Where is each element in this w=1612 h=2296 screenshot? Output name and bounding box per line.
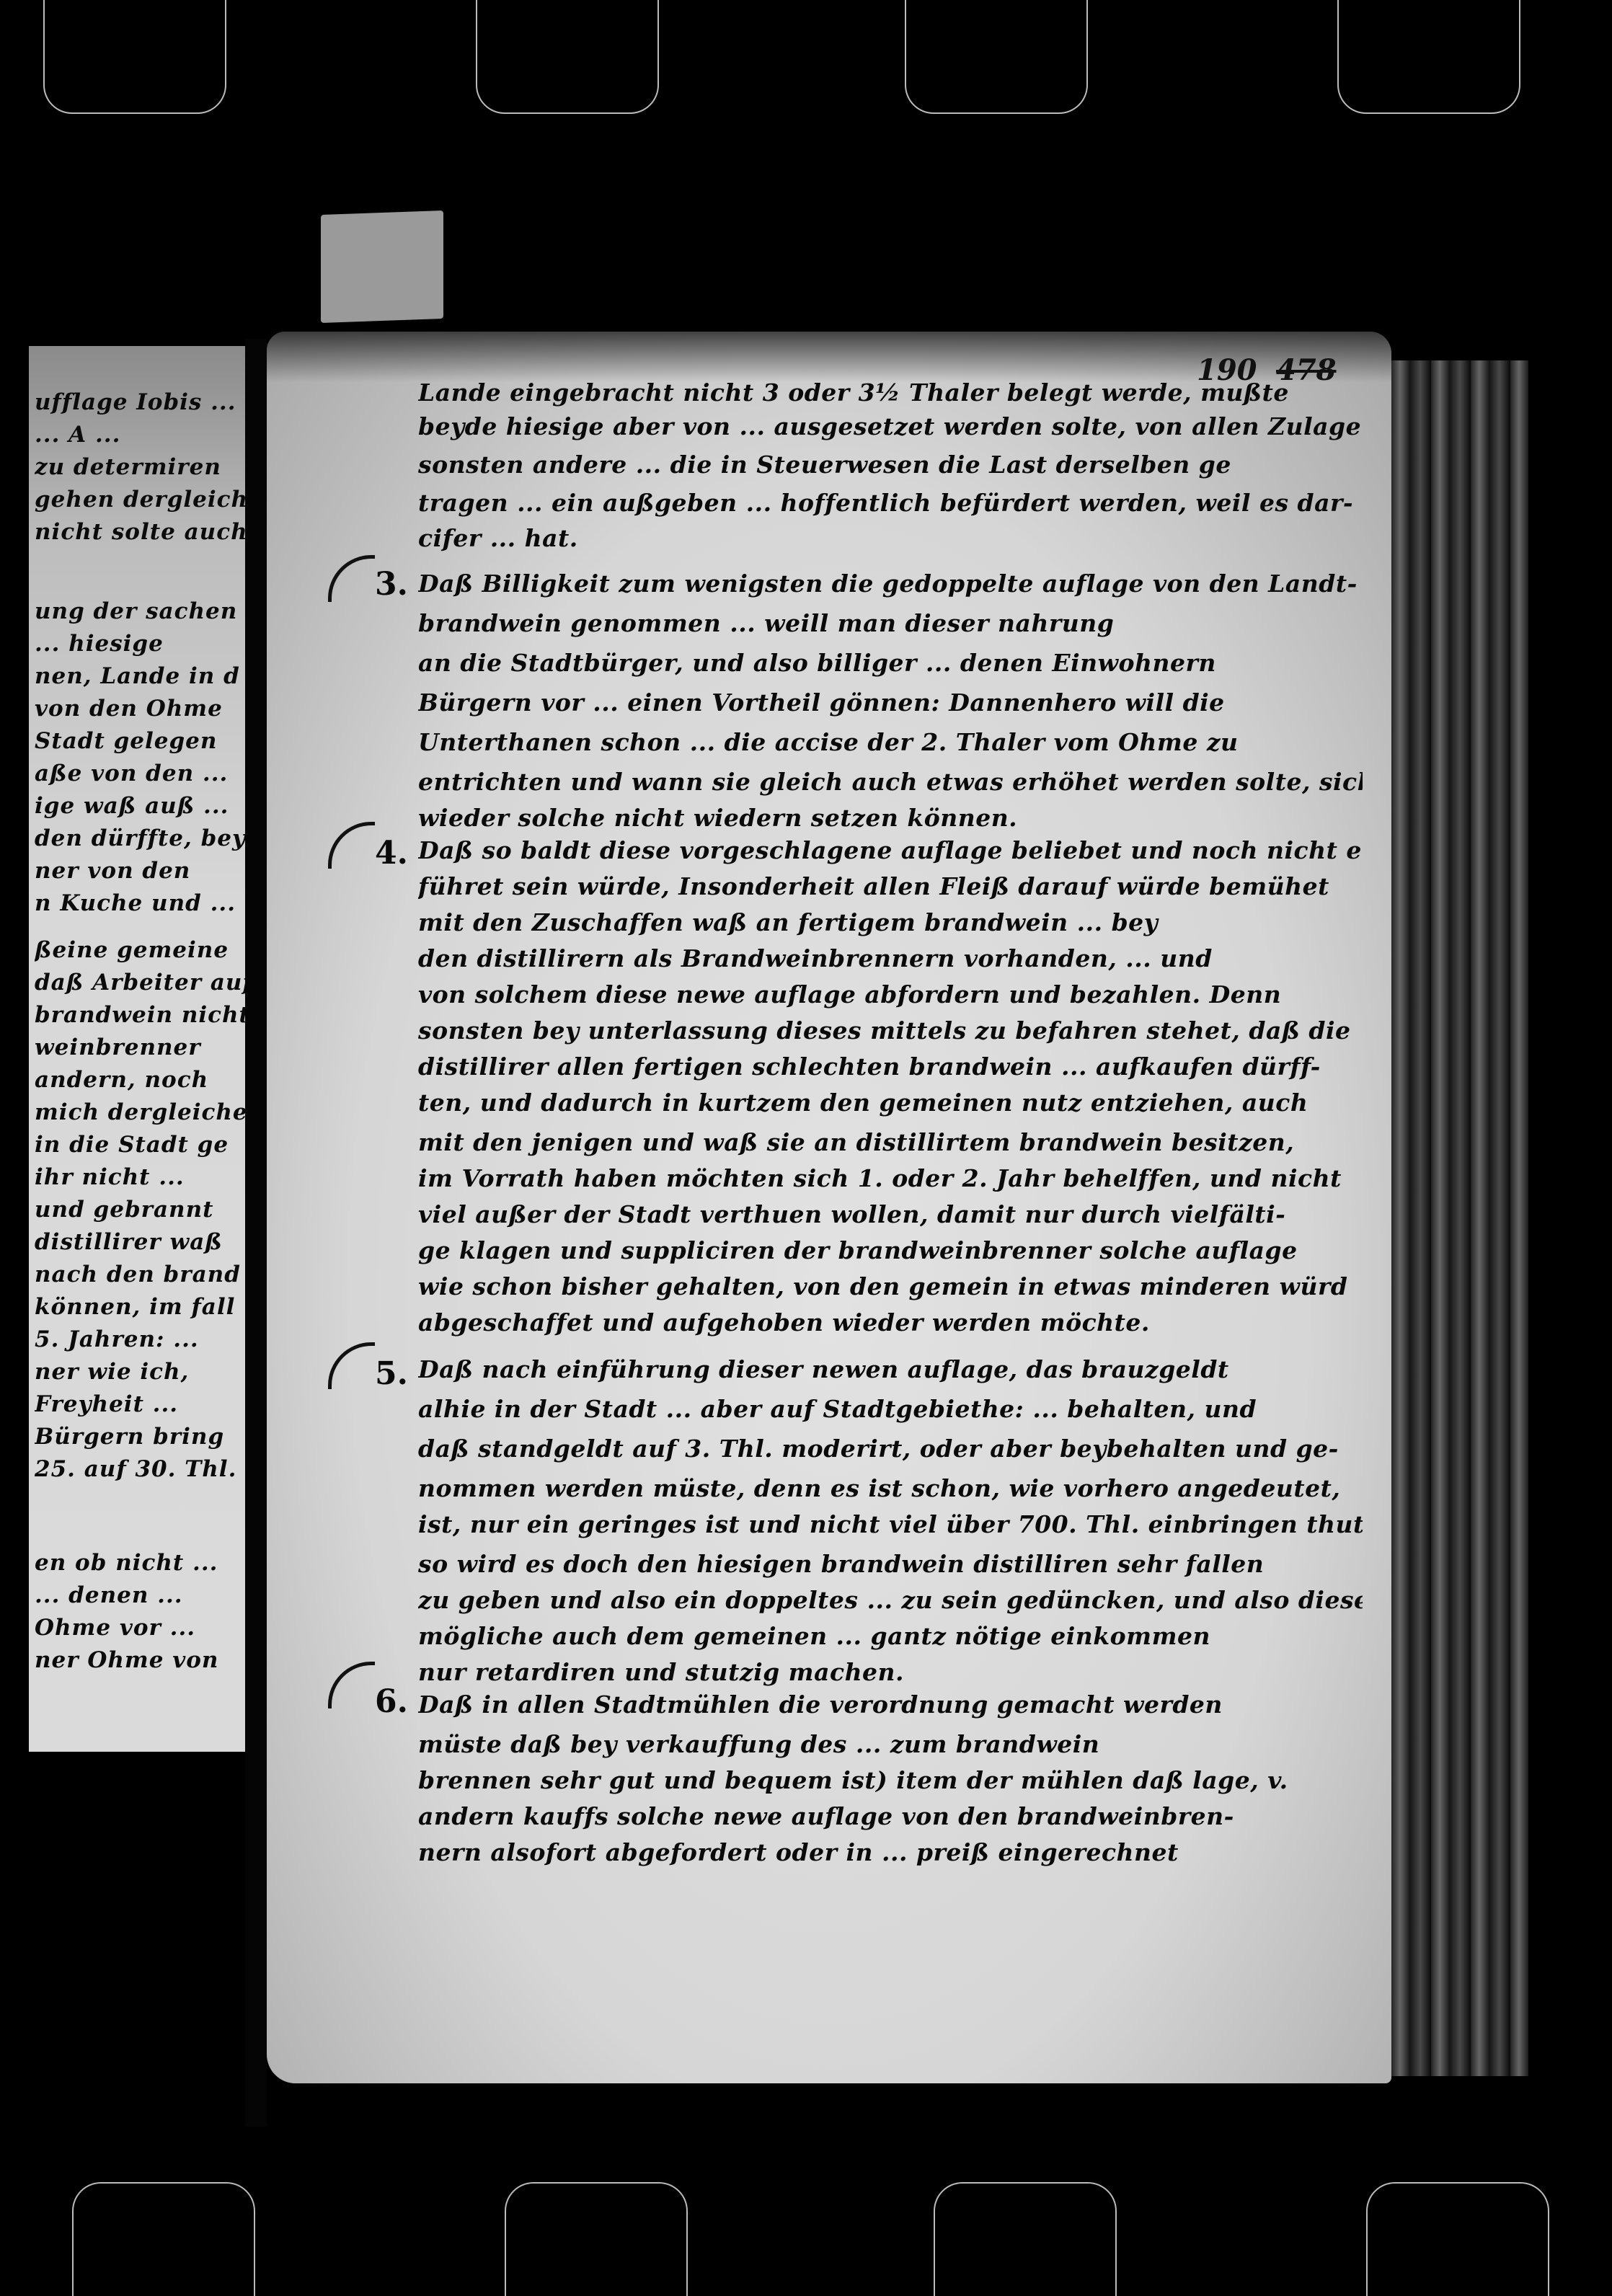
text-line: wie schon bisher gehalten, von den gemei… bbox=[418, 1272, 1363, 1301]
text-line: von solchem diese newe auflage abfordern… bbox=[418, 980, 1363, 1009]
left-page-text-fragment: nach den brand bbox=[35, 1262, 245, 1287]
left-page-text-fragment: Ohme vor ... bbox=[35, 1615, 245, 1641]
text-line: nur retardiren und stutzig machen. bbox=[418, 1658, 1363, 1687]
left-page-text-fragment: von den Ohme bbox=[35, 696, 245, 722]
text-line: an die Stadtbürger, und also billiger ..… bbox=[418, 649, 1363, 678]
text-line: wieder solche nicht wiedern setzen könne… bbox=[418, 804, 1363, 833]
text-line: tragen ... ein außgeben ... hoffentlich … bbox=[418, 489, 1363, 518]
text-line: beyde hiesige aber von ... ausgesetzet w… bbox=[418, 412, 1363, 441]
film-sprocket-hole bbox=[1366, 2182, 1549, 2296]
left-page-text-fragment: nen, Lande in d bbox=[35, 663, 245, 689]
text-line: ten, und dadurch in kurtzem den gemeinen… bbox=[418, 1089, 1363, 1117]
text-line: Daß Billigkeit zum wenigsten die gedoppe… bbox=[418, 569, 1363, 598]
text-line: Daß in allen Stadtmühlen die verordnung … bbox=[418, 1690, 1363, 1719]
left-page-text-fragment: aße von den ... bbox=[35, 761, 245, 786]
text-line: nommen werden müste, denn es ist schon, … bbox=[418, 1474, 1363, 1503]
text-line: brennen sehr gut und bequem ist) item de… bbox=[418, 1766, 1363, 1795]
page-stack-edge bbox=[1391, 360, 1528, 2076]
text-line: abgeschaffet und aufgehoben wieder werde… bbox=[418, 1308, 1363, 1337]
text-line: sonsten bey unterlassung dieses mittels … bbox=[418, 1016, 1363, 1045]
text-line: nern alsofort abgefordert oder in ... pr… bbox=[418, 1838, 1363, 1867]
left-page-text-fragment: n Kuche und ... bbox=[35, 890, 245, 916]
left-page-text-fragment: 25. auf 30. Thl. bbox=[35, 1456, 245, 1482]
left-page-text-fragment: en ob nicht ... bbox=[35, 1550, 245, 1576]
text-line: Unterthanen schon ... die accise der 2. … bbox=[418, 728, 1363, 757]
film-sprocket-hole bbox=[72, 2182, 255, 2296]
section-number: 4. bbox=[375, 835, 408, 872]
section-number: 5. bbox=[375, 1355, 408, 1392]
text-line: mögliche auch dem gemeinen ... gantz nöt… bbox=[418, 1622, 1363, 1651]
text-line: Daß so baldt diese vorgeschlagene auflag… bbox=[418, 836, 1363, 865]
text-line: im Vorrath haben möchten sich 1. oder 2.… bbox=[418, 1164, 1363, 1193]
paper-tab bbox=[321, 210, 443, 323]
film-sprocket-hole bbox=[934, 2182, 1117, 2296]
left-page-text-fragment: ... denen ... bbox=[35, 1582, 245, 1608]
text-line: führet sein würde, Insonderheit allen Fl… bbox=[418, 872, 1363, 901]
text-line: so wird es doch den hiesigen brandwein d… bbox=[418, 1550, 1363, 1579]
text-line: ist, nur ein geringes ist und nicht viel… bbox=[418, 1510, 1363, 1539]
text-line: Lande eingebracht nicht 3 oder 3½ Thaler… bbox=[418, 378, 1363, 407]
left-page-text-fragment: andern, noch bbox=[35, 1067, 245, 1093]
text-line: sonsten andere ... die in Steuerwesen di… bbox=[418, 451, 1363, 479]
text-line: müste daß bey verkauffung des ... zum br… bbox=[418, 1730, 1363, 1759]
text-line: alhie in der Stadt ... aber auf Stadtgeb… bbox=[418, 1395, 1363, 1424]
film-sprocket-hole bbox=[905, 0, 1088, 114]
text-line: andern kauffs solche newe auflage von de… bbox=[418, 1802, 1363, 1831]
text-line: entrichten und wann sie gleich auch etwa… bbox=[418, 768, 1363, 797]
left-page-text-fragment: distillirer waß bbox=[35, 1229, 245, 1255]
left-page-text-fragment: ige waß auß ... bbox=[35, 793, 245, 819]
left-page-text-fragment: ... hiesige bbox=[35, 631, 245, 657]
text-line: mit den Zuschaffen waß an fertigem brand… bbox=[418, 908, 1363, 937]
text-line: mit den jenigen und waß sie an distillir… bbox=[418, 1128, 1363, 1157]
text-line: daß standgeldt auf 3. Thl. moderirt, ode… bbox=[418, 1435, 1363, 1463]
text-line: Daß nach einführung dieser newen auflage… bbox=[418, 1355, 1363, 1384]
left-page-text-fragment: ufflage Iobis ... bbox=[35, 389, 245, 415]
left-page-text-fragment: Freyheit ... bbox=[35, 1391, 245, 1417]
left-page-text-fragment: zu determiren bbox=[35, 454, 245, 480]
left-page-text-fragment: in die Stadt ge bbox=[35, 1132, 245, 1158]
left-page-text-fragment: Stadt gelegen bbox=[35, 728, 245, 754]
section-number: 3. bbox=[375, 566, 408, 603]
left-page-text-fragment: 5. Jahren: ... bbox=[35, 1326, 245, 1352]
left-page-text-fragment: Bürgern bring bbox=[35, 1424, 245, 1450]
left-page-text-fragment: können, im fall bbox=[35, 1294, 245, 1320]
left-page-text-fragment: ßeine gemeine bbox=[35, 937, 245, 963]
left-page-text-fragment: ung der sachen mi bbox=[35, 598, 245, 624]
left-page-strip: ufflage Iobis ...... A ...zu determireng… bbox=[29, 346, 245, 1752]
left-page-text-fragment: ner wie ich, bbox=[35, 1359, 245, 1385]
left-page-text-fragment: nicht solte auch bbox=[35, 519, 245, 545]
left-page-text-fragment: mich dergleichen bbox=[35, 1099, 245, 1125]
left-page-text-fragment: gehen dergleich bbox=[35, 487, 245, 513]
left-page-text-fragment: ner von den bbox=[35, 858, 245, 884]
section-number: 6. bbox=[375, 1683, 408, 1720]
film-sprocket-hole bbox=[505, 2182, 688, 2296]
left-page-text-fragment: ner Ohme von bbox=[35, 1647, 245, 1673]
left-page-text-fragment: ihr nicht ... bbox=[35, 1164, 245, 1190]
text-line: distillirer allen fertigen schlechten br… bbox=[418, 1052, 1363, 1081]
left-page-text-fragment: daß Arbeiter auf bbox=[35, 970, 245, 996]
book-gutter bbox=[245, 339, 267, 2127]
left-page-text-fragment: brandwein nicht ... bbox=[35, 1002, 245, 1028]
text-line: den distillirern als Brandweinbrennern v… bbox=[418, 944, 1363, 973]
text-line: Bürgern vor ... einen Vortheil gönnen: D… bbox=[418, 688, 1363, 717]
left-page-text-fragment: den dürffte, bey bbox=[35, 825, 245, 851]
text-line: brandwein genommen ... weill man dieser … bbox=[418, 609, 1363, 638]
left-page-text-fragment: ... A ... bbox=[35, 422, 245, 448]
text-line: cifer ... hat. bbox=[418, 524, 1363, 553]
film-sprocket-hole bbox=[1337, 0, 1520, 114]
left-page-text-fragment: weinbrenner bbox=[35, 1034, 245, 1060]
text-line: viel außer der Stadt verthuen wollen, da… bbox=[418, 1200, 1363, 1229]
film-sprocket-hole bbox=[476, 0, 659, 114]
film-sprocket-hole bbox=[43, 0, 226, 114]
text-line: zu geben und also ein doppeltes ... zu s… bbox=[418, 1586, 1363, 1615]
left-page-text-fragment: und gebrannt bbox=[35, 1197, 245, 1223]
text-line: ge klagen und suppliciren der brandweinb… bbox=[418, 1236, 1363, 1265]
